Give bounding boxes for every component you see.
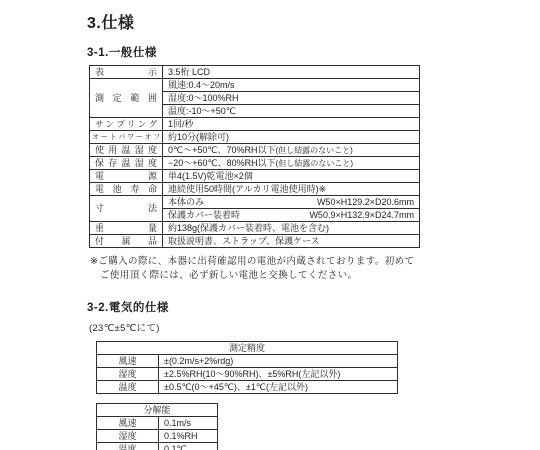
spec-value: 約10分(解除可) (163, 131, 420, 144)
section-1-heading: 3-1.一般仕様 (87, 44, 507, 60)
spec-label: 風速 (97, 355, 159, 368)
accuracy-table-header: 測定精度 (97, 342, 398, 355)
spec-value: 0.1℃ (159, 443, 218, 450)
spec-value: 0℃〜+50℃、70%RH以下(但し結露のないこと) (163, 144, 420, 157)
table-row-power: 電源 単4(1.5V)乾電池×2個 (90, 170, 420, 183)
dimension-name: 本体のみ (168, 197, 204, 207)
spec-label: 保存温湿度 (90, 157, 163, 170)
spec-value: 1回/秒 (163, 118, 420, 131)
table-row-weight: 重量 約138g(保護カバー装着時、電池を含む) (90, 222, 420, 235)
table-row-storage: 保存温湿度 −20〜+60℃、80%RH以下(但し結露のないこと) (90, 157, 420, 170)
table-row-autopower: オートパワーオフ 約10分(解除可) (90, 131, 420, 144)
spec-value: 約138g(保護カバー装着時、電池を含む) (163, 222, 420, 235)
dimension-name: 保護カバー装着時 (168, 210, 240, 220)
spec-value-note: (但し結露のないこと) (276, 159, 353, 168)
spec-label: 寸法 (90, 196, 163, 222)
page-title: 3.仕様 (87, 10, 507, 33)
spec-value: 温度:-10〜+50℃ (163, 105, 420, 118)
table-row-range: 測定範囲 風速:0.4〜20m/s (90, 79, 420, 92)
table-row-humidity-accuracy: 湿度 ±2.5%RH(10〜90%RH)、±5%RH(左記以外) (97, 368, 398, 381)
spec-value: 単4(1.5V)乾電池×2個 (163, 170, 420, 183)
spec-label: 温度 (97, 381, 159, 394)
table-row-dimensions: 寸法 W50×H129.2×D20.6mm本体のみ (90, 196, 420, 209)
table-header-row: 測定精度 (97, 342, 398, 355)
footnote-line-2: ご使用頂く際には、必ず新しい電池と交換してください。 (90, 269, 430, 283)
spec-value: 風速:0.4〜20m/s (163, 79, 420, 92)
table-row-display: 表示 3.5桁 LCD (90, 66, 420, 79)
table-row-wind-accuracy: 風速 ±(0.2m/s+2%rdg) (97, 355, 398, 368)
table-row-temp-accuracy: 温度 ±0.5℃(0〜+45℃)、±1℃(左記以外) (97, 381, 398, 394)
spec-label: サンプリング (90, 118, 163, 131)
spec-value: ±2.5%RH(10〜90%RH)、±5%RH(左記以外) (159, 368, 398, 381)
spec-label: 使用温湿度 (90, 144, 163, 157)
document-page: 3.仕様 3-1.一般仕様 表示 3.5桁 LCD 測定範囲 風速:0.4〜20… (0, 0, 540, 450)
table-row-operating: 使用温湿度 0℃〜+50℃、70%RH以下(但し結露のないこと) (90, 144, 420, 157)
spec-label: 温度 (97, 443, 159, 450)
resolution-table-header: 分解能 (97, 404, 218, 417)
spec-label: 湿度 (97, 430, 159, 443)
spec-value: 0.1m/s (159, 417, 218, 430)
spec-label: 風速 (97, 417, 159, 430)
spec-value-note: (但し結露のないこと) (276, 146, 353, 155)
spec-value: W50×H129.2×D20.6mm本体のみ (163, 196, 420, 209)
spec-label: 湿度 (97, 368, 159, 381)
table-row-wind-resolution: 風速 0.1m/s (97, 417, 218, 430)
dimension-size: W50×H129.2×D20.6mm (317, 198, 414, 207)
table-header-row: 分解能 (97, 404, 218, 417)
footnote-line-1: ※ご購入の際に、本器に出荷確認用の電池が内蔵されております。初めて (90, 255, 430, 269)
table-row-humidity-resolution: 湿度 0.1%RH (97, 430, 218, 443)
dimension-size: W50.9×H132.9×D24.7mm (309, 211, 414, 220)
test-condition: (23℃±5℃にて) (89, 320, 507, 334)
spec-value: ±(0.2m/s+2%rdg) (159, 355, 398, 368)
spec-label: 付属品 (90, 235, 163, 248)
table-row-temp-resolution: 温度 0.1℃ (97, 443, 218, 450)
spec-label: 表示 (90, 66, 163, 79)
table-row-accessories: 付属品 取扱説明書、ストラップ、保護ケース (90, 235, 420, 248)
spec-value: 3.5桁 LCD (163, 66, 420, 79)
spec-value: 湿度:0〜100%RH (163, 92, 420, 105)
section-2-heading: 3-2.電気的仕様 (87, 299, 507, 315)
spec-value: 0.1%RH (159, 430, 218, 443)
document-content: 3.仕様 3-1.一般仕様 表示 3.5桁 LCD 測定範囲 風速:0.4〜20… (87, 10, 507, 450)
footnote: ※ご購入の際に、本器に出荷確認用の電池が内蔵されております。初めて ご使用頂く際… (90, 255, 430, 283)
spec-value: 連続使用50時間(アルカリ電池使用時)※ (163, 183, 420, 196)
spec-label: オートパワーオフ (90, 131, 163, 144)
spec-label: 電池寿命 (90, 183, 163, 196)
spec-value: ±0.5℃(0〜+45℃)、±1℃(左記以外) (159, 381, 398, 394)
table-row-battery: 電池寿命 連続使用50時間(アルカリ電池使用時)※ (90, 183, 420, 196)
resolution-table: 分解能 風速 0.1m/s 湿度 0.1%RH 温度 0.1℃ (96, 403, 218, 450)
accuracy-table: 測定精度 風速 ±(0.2m/s+2%rdg) 湿度 ±2.5%RH(10〜90… (96, 341, 398, 394)
spec-value: W50.9×H132.9×D24.7mm保護カバー装着時 (163, 209, 420, 222)
spec-value: 取扱説明書、ストラップ、保護ケース (163, 235, 420, 248)
spec-label: 測定範囲 (90, 79, 163, 118)
spec-label: 重量 (90, 222, 163, 235)
general-spec-table: 表示 3.5桁 LCD 測定範囲 風速:0.4〜20m/s 湿度:0〜100%R… (89, 65, 420, 248)
spec-label: 電源 (90, 170, 163, 183)
spec-value: −20〜+60℃、80%RH以下(但し結露のないこと) (163, 157, 420, 170)
table-row-sampling: サンプリング 1回/秒 (90, 118, 420, 131)
